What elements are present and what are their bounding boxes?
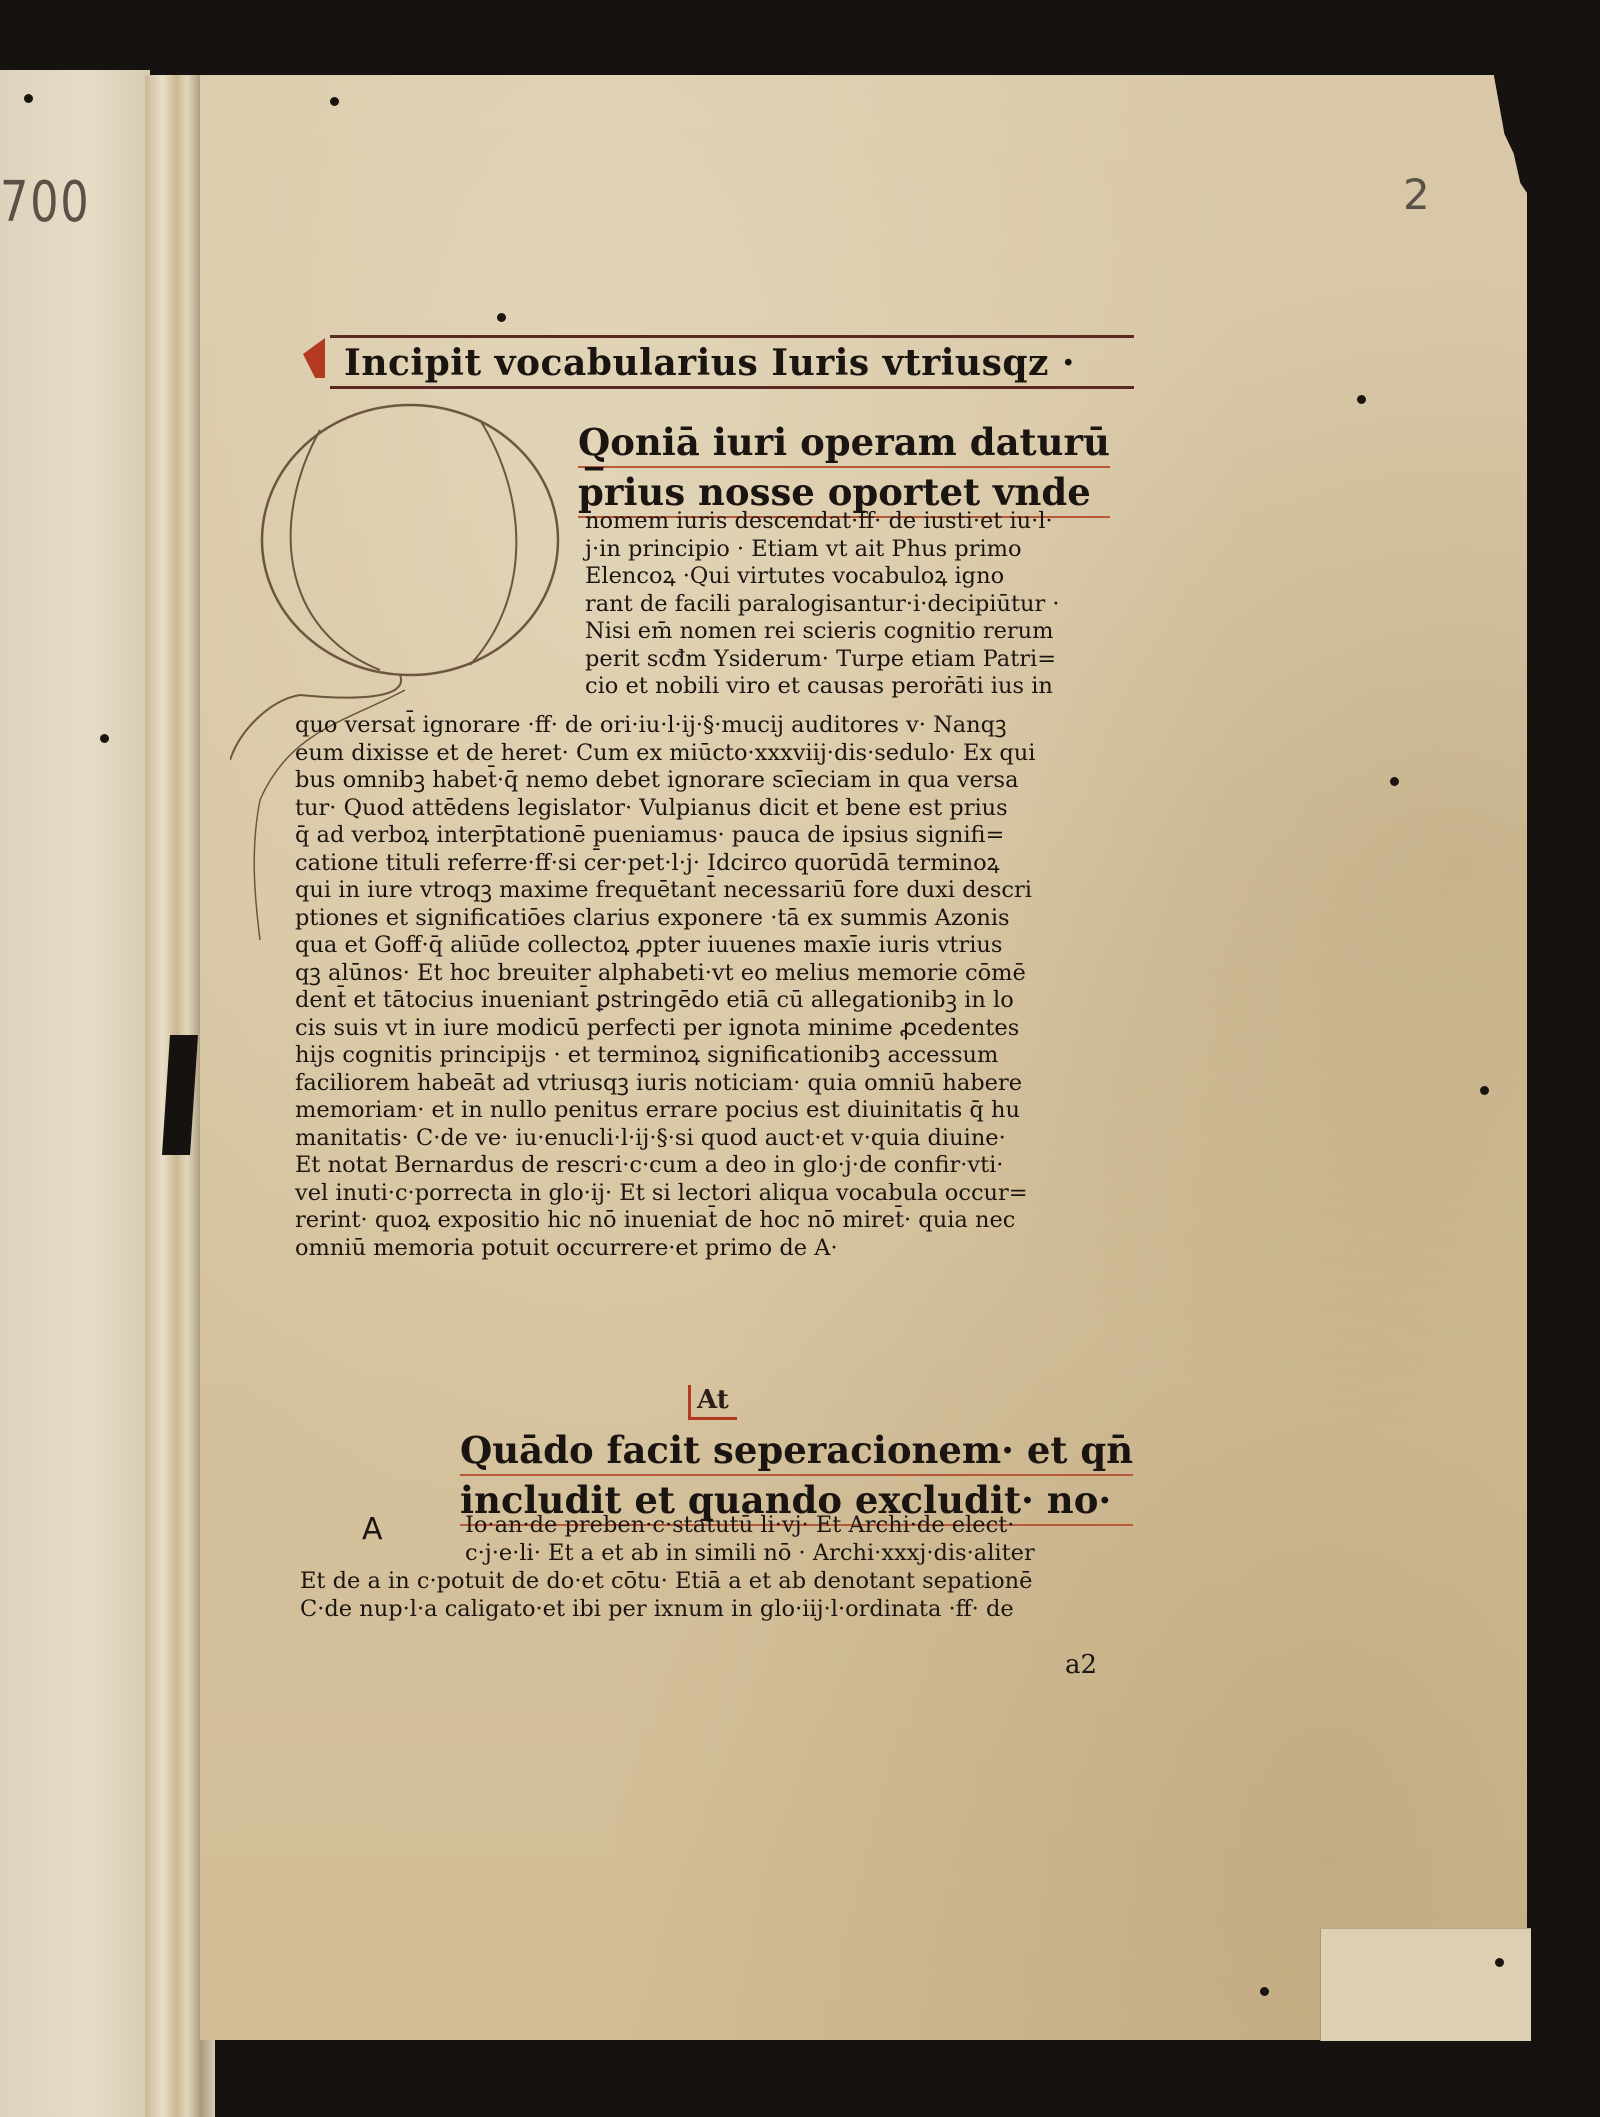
text-line: Elencoꝝ ·Qui virtutes vocabuloꝝ igno	[585, 563, 1105, 591]
pin-hole	[1357, 395, 1366, 404]
prologue-narrow-column: nomem iuris descendat·ff· de iusti·et iu…	[585, 508, 1105, 701]
text-line: rant de facili paralogisantur·i·decipiūt…	[585, 591, 1105, 619]
text-line: hijs cognitis principijs · et terminoꝝ s…	[295, 1042, 1115, 1070]
text-line: nomem iuris descendat·ff· de iusti·et iu…	[585, 508, 1105, 536]
text-line: q̄ ad verboꝝ interp̄tationē p̱ueniamus· …	[295, 822, 1115, 850]
pin-hole	[100, 734, 109, 743]
entry-heading: Quādo facit seperacionem· et qn̄ includi…	[460, 1426, 1133, 1526]
text-line: vel inuti·c·porrecta in glo·ij· Et si le…	[295, 1180, 1115, 1208]
previous-leaf	[0, 70, 150, 2117]
pin-hole	[1480, 1086, 1489, 1095]
entry-letter: A	[362, 1512, 383, 1547]
pin-hole	[1390, 777, 1399, 786]
text-line: catione tituli referre·ff·si cer·pet·l·j…	[295, 850, 1115, 878]
folio-number: 2	[1403, 170, 1430, 219]
text-line: omniū memoria potuit occurrere·et primo …	[295, 1235, 1115, 1263]
text-line: cis suis vt in iure modicū perfecti per …	[295, 1015, 1115, 1043]
pin-hole	[1495, 1958, 1504, 1967]
pin-hole	[497, 313, 506, 322]
text-line: Quādo facit seperacionem· et qn̄	[460, 1426, 1133, 1476]
pin-hole	[24, 94, 33, 103]
text-line: Et de a in c·potuit de do·et cōtu· Etiā …	[300, 1568, 1032, 1596]
entry-indented-text: Io·an·de preben·c·statutū li·vj· Et Arch…	[465, 1512, 1035, 1567]
incipit-heading: Incipit vocabularius Iuris vtriusqz ·	[330, 335, 1134, 389]
text-line: tur· Quod attēdens legislator· Vulpianus…	[295, 795, 1115, 823]
opening-large-text: Q̲oniā iuri operam daturū prius nosse op…	[578, 418, 1110, 518]
text-line: memoriam· et in nullo penitus errare poc…	[295, 1097, 1115, 1125]
prologue-full-column: quo versat̄ ignorare ·ff· de ori·iu·l·ij…	[295, 712, 1115, 1262]
text-line: rerint· quoꝝ expositio hic nō inueniat̄ …	[295, 1207, 1115, 1235]
text-line: Io·an·de preben·c·statutū li·vj· Et Arch…	[465, 1512, 1035, 1540]
text-line: quo versat̄ ignorare ·ff· de ori·iu·l·ij…	[295, 712, 1115, 740]
text-line: cio et nobili viro et causas peroṙāti iu…	[585, 673, 1105, 701]
text-line: qꝫ alūnos· Et hoc breuiter alphabeti·vt …	[295, 960, 1115, 988]
rubricated-section-mark: At	[688, 1385, 737, 1420]
paper-repair-patch	[1320, 1928, 1531, 2041]
text-line: ptiones et significatiōes clarius expone…	[295, 905, 1115, 933]
text-line: C·de nup·l·a caligato·et ibi per ixnum i…	[300, 1596, 1032, 1624]
text-line: faciliorem habeāt ad vtriusqꝫ iuris noti…	[295, 1070, 1115, 1098]
text-line: Q̲oniā iuri operam daturū	[578, 418, 1110, 468]
text-line: Nisi em̄ nomen rei scieris cognitio reru…	[585, 618, 1105, 646]
text-line: eum dixisse et de heret· Cum ex miūcto·x…	[295, 740, 1115, 768]
text-line: qui in iure vtroqꝫ maxime frequētant̄ ne…	[295, 877, 1115, 905]
signature-mark: a2	[1065, 1650, 1097, 1680]
pin-hole	[330, 97, 339, 106]
text-line: perit scđm Ysiderum· Turpe etiam Patri=	[585, 646, 1105, 674]
entry-full-text: Et de a in c·potuit de do·et cōtu· Etiā …	[300, 1568, 1032, 1623]
margin-pencil-number: 700	[0, 170, 90, 235]
text-line: dent̄ et tātocius inueniant̄ ꝑstringēdo …	[295, 987, 1115, 1015]
text-line: Et notat Bernardus de rescri·c·cum a deo…	[295, 1152, 1115, 1180]
text-line: bus omnibꝫ habet̄·q̄ nemo debet ignorare…	[295, 767, 1115, 795]
text-line: qua et Goff·q̄ aliūde collectoꝝ ꝓpter iu…	[295, 932, 1115, 960]
text-line: c·j·e·li· Et a et ab in simili nō · Arch…	[465, 1540, 1035, 1568]
pin-hole	[1260, 1987, 1269, 1996]
text-line: j·in principio · Etiam vt ait Phus primo	[585, 536, 1105, 564]
text-line: manitatis· C·de ve· iu·enucli·l·ij·§·si …	[295, 1125, 1115, 1153]
